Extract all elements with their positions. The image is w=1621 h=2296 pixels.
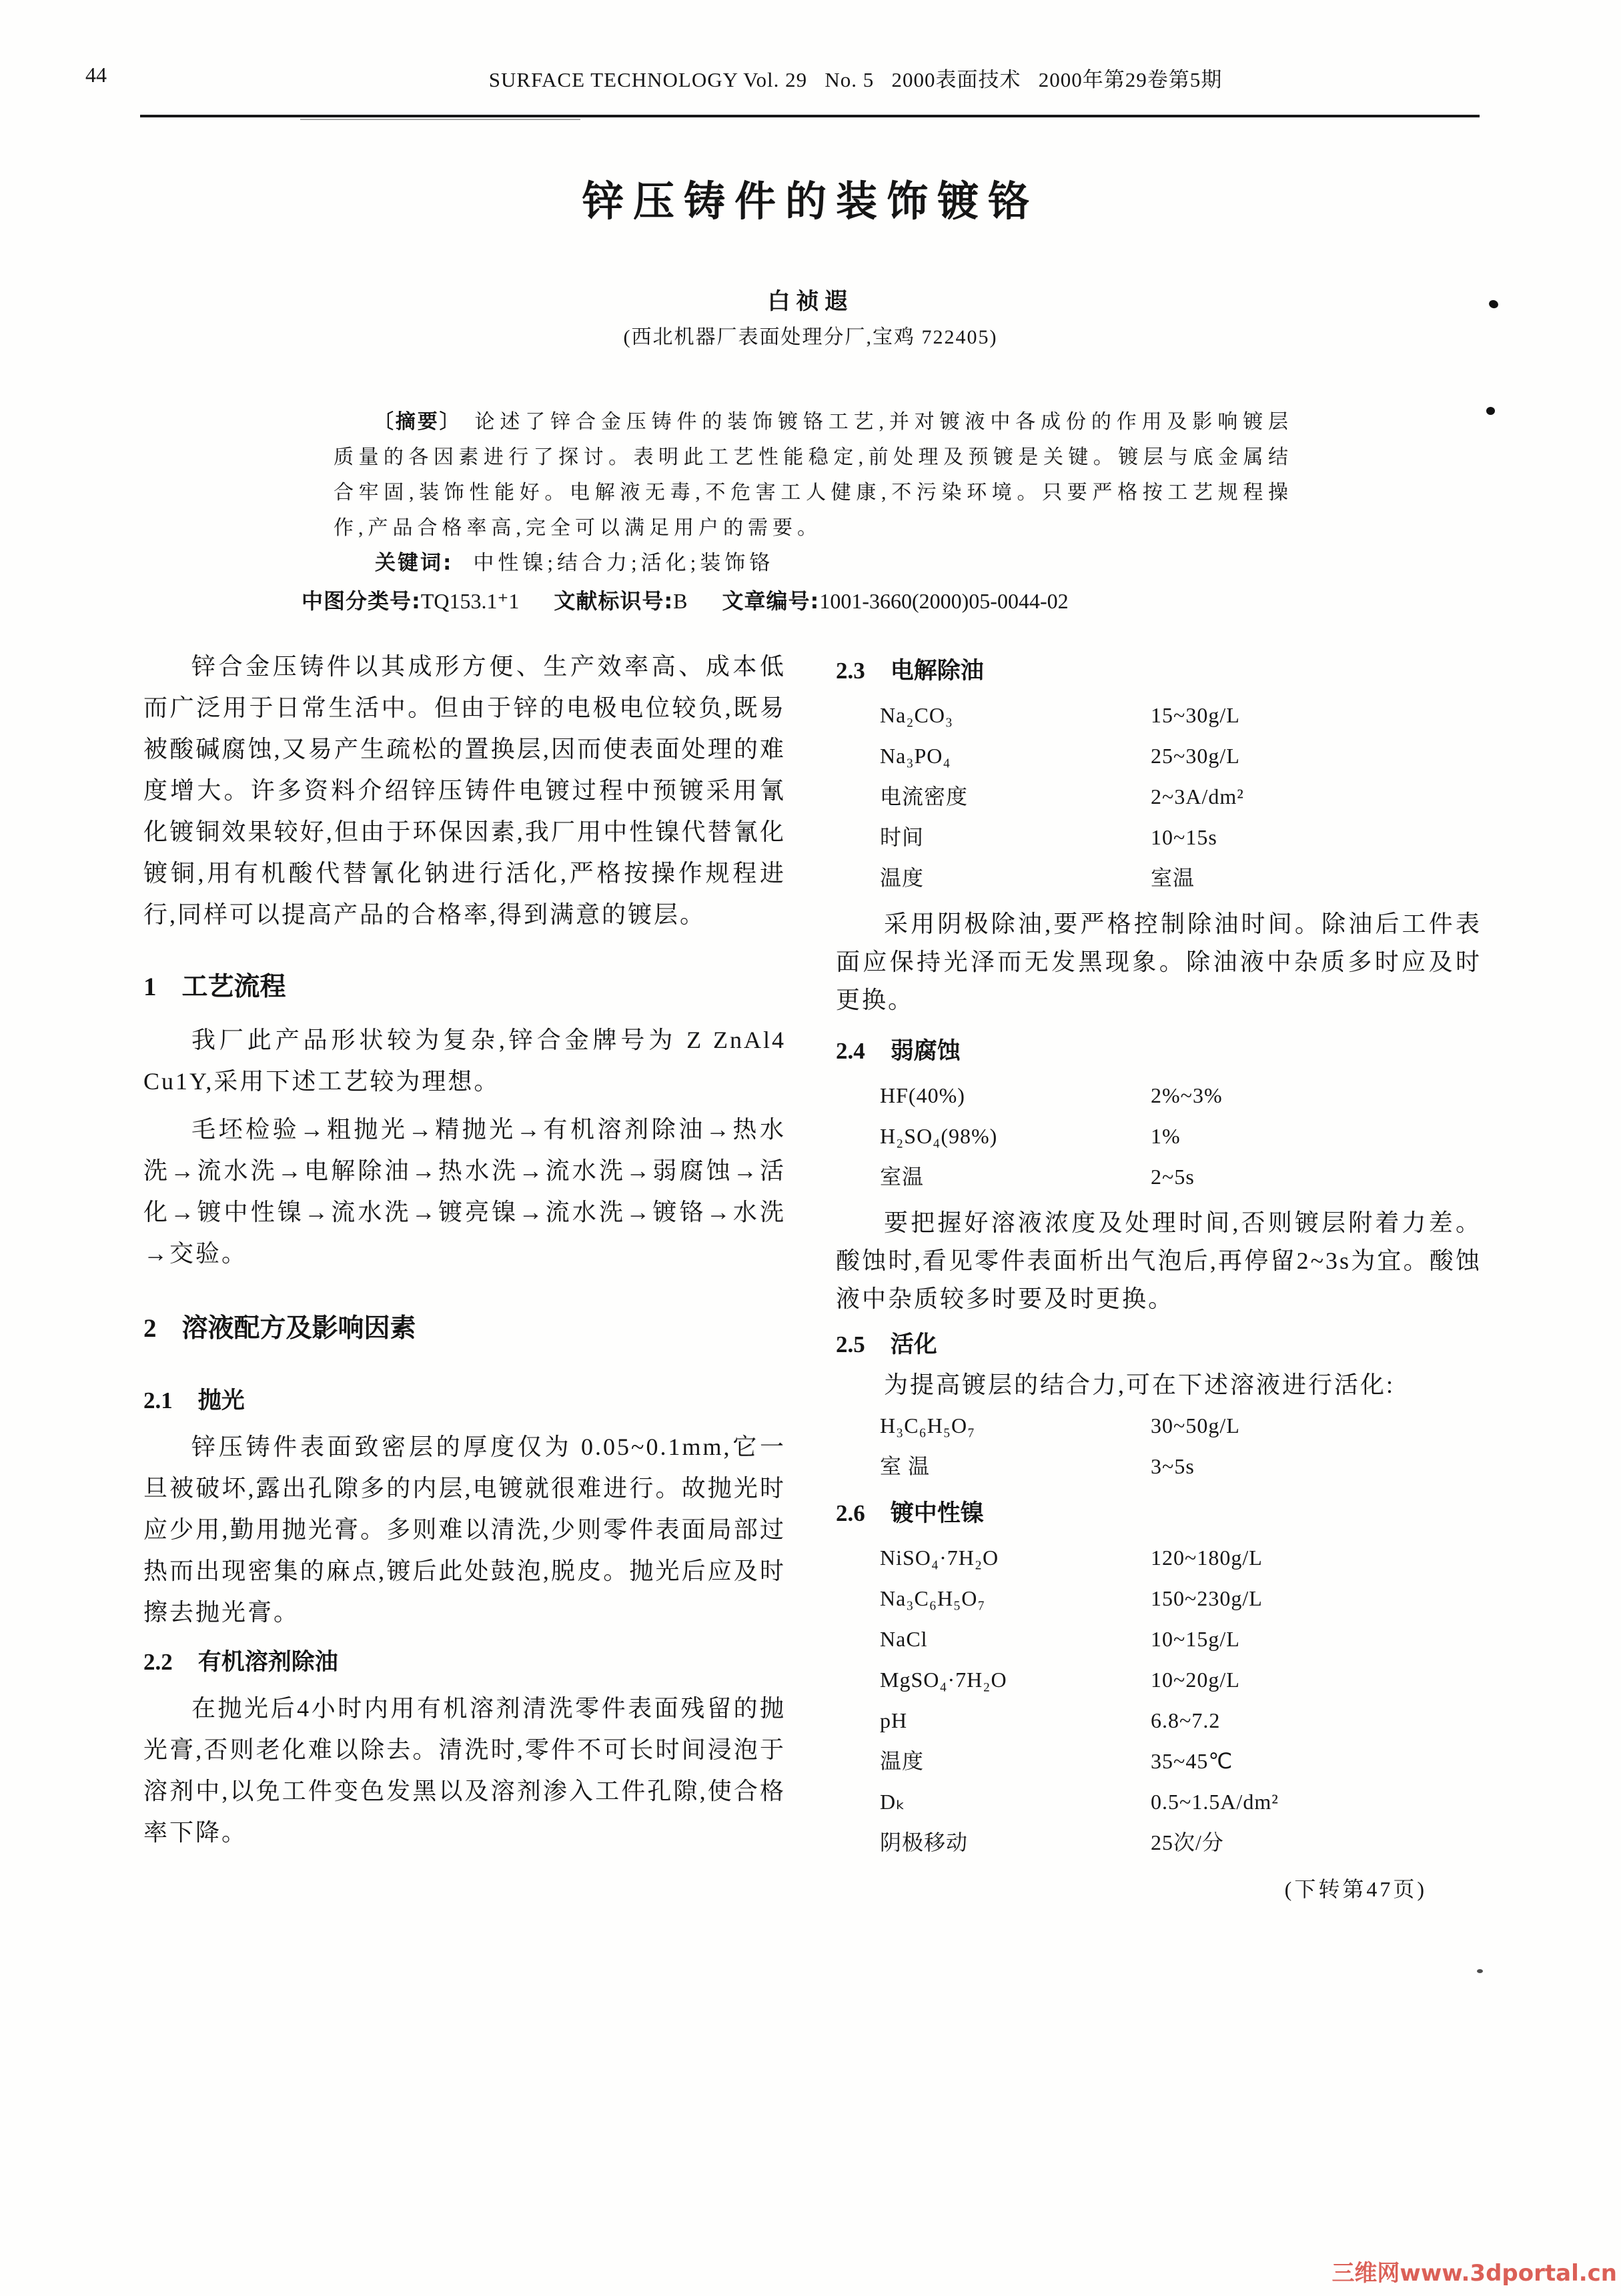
spec-value: 3~5s [1151,1446,1482,1487]
table-row: NiSO₄·7H₂O120~180g/L [836,1538,1482,1578]
table-row: Na₃C₆H₅O₇150~230g/L [836,1578,1482,1619]
spec-value: 10~20g/L [1151,1660,1482,1700]
spec-value: 15~30g/L [1151,695,1482,736]
article-id-label: 文章编号: [722,588,820,614]
table-row: 时间10~15s [836,817,1482,858]
section-title: 电解除油 [891,658,984,684]
table-row: 电流密度2~3A/dm² [836,776,1482,817]
abstract-text: 论述了锌合金压铸件的装饰镀铬工艺,并对镀液中各成份的作用及影响镀层质量的各因素进… [334,411,1293,539]
spec-label: H₃C₆H₅O₇ [836,1405,1151,1446]
spec-label: 温度 [836,1741,1151,1782]
section-2-3-heading: 2.3电解除油 [836,652,1482,686]
section-2-4-paragraph: 要把握好溶液浓度及处理时间,否则镀层附着力差。酸蚀时,看见零件表面析出气泡后,再… [836,1204,1482,1318]
scanned-journal-page: 44 SURFACE TECHNOLOGY Vol. 29 No. 5 2000… [0,0,1621,2296]
spec-value: 120~180g/L [1151,1538,1482,1578]
article-title: 锌压铸件的装饰镀铬 [0,168,1621,227]
spec-label: 阴极移动 [836,1822,1151,1863]
spec-label: pH [836,1700,1151,1741]
right-column: 2.3电解除油 Na₂CO₃15~30g/L Na₃PO₄25~30g/L 电流… [836,652,1482,1903]
journal-header: SURFACE TECHNOLOGY Vol. 29 No. 5 2000表面技… [200,63,1511,93]
table-row: Na₃PO₄25~30g/L [836,736,1482,776]
section-number: 2.2 [143,1649,173,1675]
spec-label: NiSO₄·7H₂O [836,1538,1151,1578]
electro-degrease-table: Na₂CO₃15~30g/L Na₃PO₄25~30g/L 电流密度2~3A/d… [836,695,1482,899]
spec-label: 室 温 [836,1446,1151,1487]
spec-value: 35~45℃ [1151,1741,1482,1782]
doc-code-label: 文献标识号: [554,588,673,614]
section-title: 抛光 [198,1387,245,1414]
section-2-5-heading: 2.5活化 [836,1326,1482,1359]
section-number: 2.6 [836,1500,865,1526]
table-row: 室 温3~5s [836,1446,1482,1487]
process-flow-paragraph: 毛坯检验→粗抛光→精抛光→有机溶剂除油→热水洗→流水洗→电解除油→热水洗→流水洗… [143,1109,786,1274]
keywords-label: 关键词: [375,551,453,575]
spec-label: HF(40%) [836,1075,1151,1116]
section-2-1-heading: 2.1抛光 [143,1382,786,1415]
section-2-5-paragraph: 为提高镀层的结合力,可在下述溶液进行活化: [836,1366,1482,1404]
spec-label: 室温 [836,1157,1151,1197]
section-title: 工艺流程 [182,972,286,1002]
continuation-note: (下转第47页) [836,1872,1482,1903]
spec-value: 2~5s [1151,1157,1482,1197]
spec-label: MgSO₄·7H₂O [836,1660,1151,1700]
section-2-2-paragraph: 在抛光后4小时内用有机溶剂清洗零件表面残留的抛光膏,否则老化难以除去。清洗时,零… [143,1688,786,1853]
table-row: pH6.8~7.2 [836,1700,1482,1741]
spec-label: 时间 [836,817,1151,858]
table-row: NaCl10~15g/L [836,1619,1482,1660]
article-id-value: 1001-3660(2000)05-0044-02 [819,589,1068,613]
table-row: H₂SO₄(98%)1% [836,1116,1482,1157]
spec-value: 10~15g/L [1151,1619,1482,1660]
table-row: 温度35~45℃ [836,1741,1482,1782]
spec-label: H₂SO₄(98%) [836,1116,1151,1157]
keywords-line: 关键词:中性镍;结合力;活化;装饰铬 [375,546,774,576]
author-name: 白祯遐 [0,283,1621,316]
section-title: 有机溶剂除油 [198,1649,338,1676]
abstract-paragraph: 〔摘要〕论述了锌合金压铸件的装饰镀铬工艺,并对镀液中各成份的作用及影响镀层质量的… [334,404,1293,546]
spec-label: 温度 [836,858,1151,899]
table-row: 阴极移动25次/分 [836,1822,1482,1863]
header-rule [140,115,1480,117]
clc-label: 中图分类号: [302,588,421,614]
section-2-6-heading: 2.6镀中性镍 [836,1495,1482,1528]
table-row: H₃C₆H₅O₇30~50g/L [836,1405,1482,1446]
site-watermark: 三维网www.3dportal.cn [1331,2255,1617,2287]
section-title: 镀中性镍 [891,1500,984,1527]
spec-label: 电流密度 [836,776,1151,817]
spec-value: 6.8~7.2 [1151,1700,1482,1741]
section-1-heading: 1工艺流程 [143,966,786,1003]
section-number: 2.1 [143,1387,173,1413]
intro-paragraph: 锌合金压铸件以其成形方便、生产效率高、成本低而广泛用于日常生活中。但由于锌的电极… [143,646,786,935]
spec-value: 25~30g/L [1151,736,1482,776]
ink-speck [1486,407,1495,415]
spec-value: 2%~3% [1151,1075,1482,1116]
section-number: 2.3 [836,658,865,684]
spec-label: Na₃C₆H₅O₇ [836,1578,1151,1619]
spec-value: 10~15s [1151,817,1482,858]
table-row: Na₂CO₃15~30g/L [836,695,1482,736]
spec-value: 0.5~1.5A/dm² [1151,1782,1482,1822]
spec-value: 1% [1151,1116,1482,1157]
spec-label: Na₂CO₃ [836,695,1151,736]
table-row: HF(40%)2%~3% [836,1075,1482,1116]
neutral-nickel-table: NiSO₄·7H₂O120~180g/L Na₃C₆H₅O₇150~230g/L… [836,1538,1482,1863]
activation-table: H₃C₆H₅O₇30~50g/L 室 温3~5s [836,1405,1482,1487]
table-row: 室温2~5s [836,1157,1482,1197]
section-title: 弱腐蚀 [891,1038,961,1065]
ink-speck [1477,1969,1483,1973]
section-2-heading: 2溶液配方及影响因素 [143,1307,786,1345]
spec-label: Dₖ [836,1782,1151,1822]
left-column: 锌合金压铸件以其成形方便、生产效率高、成本低而广泛用于日常生活中。但由于锌的电极… [143,646,786,1853]
spec-label: Na₃PO₄ [836,736,1151,776]
section-2-1-paragraph: 锌压铸件表面致密层的厚度仅为 0.05~0.1mm,它一旦被破坏,露出孔隙多的内… [143,1426,786,1633]
spec-value: 150~230g/L [1151,1578,1482,1619]
keywords-text: 中性镍;结合力;活化;装饰铬 [473,551,774,574]
spec-label: NaCl [836,1619,1151,1660]
section-number: 2.5 [836,1331,865,1357]
page-number: 44 [85,63,107,87]
section-2-4-heading: 2.4弱腐蚀 [836,1033,1482,1066]
spec-value: 30~50g/L [1151,1405,1482,1446]
author-affiliation: (西北机器厂表面处理分厂,宝鸡 722405) [0,320,1621,350]
section-number: 2.4 [836,1038,865,1064]
section-title: 活化 [891,1331,937,1358]
section-1-paragraph: 我厂此产品形状较为复杂,锌合金牌号为 Z ZnAl4 Cu1Y,采用下述工艺较为… [143,1019,786,1102]
section-title: 溶液配方及影响因素 [182,1313,416,1343]
section-number: 1 [143,973,157,1001]
clc-value: TQ153.1⁺1 [421,589,520,613]
spec-value: 室温 [1151,858,1482,899]
table-row: 温度室温 [836,858,1482,899]
spec-value: 25次/分 [1151,1822,1482,1863]
section-2-2-heading: 2.2有机溶剂除油 [143,1644,786,1677]
table-row: Dₖ0.5~1.5A/dm² [836,1782,1482,1822]
classification-line: 中图分类号:TQ153.1⁺1文献标识号:B文章编号:1001-3660(200… [302,584,1069,615]
table-row: MgSO₄·7H₂O10~20g/L [836,1660,1482,1700]
abstract-label: 〔摘要〕 [374,410,462,434]
section-2-3-paragraph: 采用阴极除油,要严格控制除油时间。除油后工件表面应保持光泽而无发黑现象。除油液中… [836,905,1482,1019]
weak-etch-table: HF(40%)2%~3% H₂SO₄(98%)1% 室温2~5s [836,1075,1482,1197]
spec-value: 2~3A/dm² [1151,776,1482,817]
section-number: 2 [143,1314,157,1343]
doc-code-value: B [673,589,687,613]
